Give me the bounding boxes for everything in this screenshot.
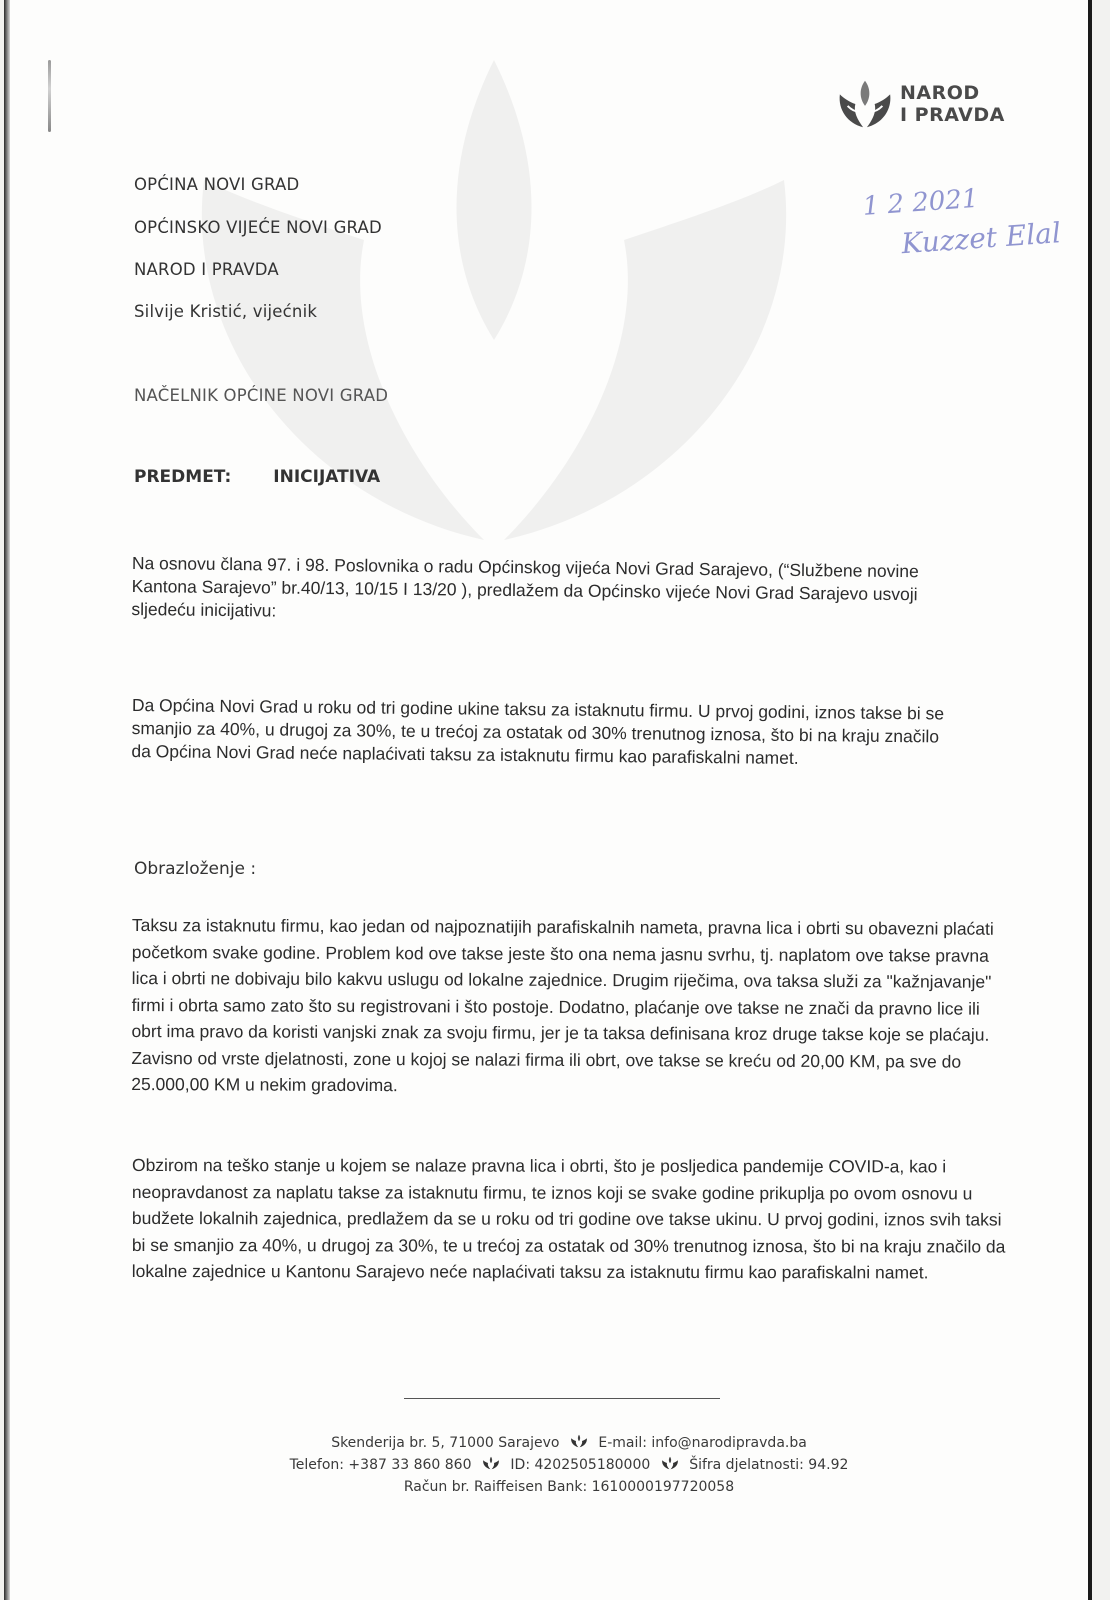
sender-line-council: OPĆINSKO VIJEĆE NOVI GRAD — [134, 218, 382, 237]
sender-line-party: NAROD I PRAVDA — [134, 260, 279, 279]
footer-divider — [404, 1398, 720, 1399]
letter-page: NAROD I PRAVDA 1 2 2021 Kuzzet Elal OPĆI… — [4, 0, 1092, 1600]
rationale-text-2: Obzirom na teško stanje u kojem se nalaz… — [132, 1152, 1012, 1286]
footer-id: ID: 4202505180000 — [510, 1457, 650, 1473]
lotus-hands-icon — [570, 1433, 588, 1447]
letterhead-footer: Skenderija br. 5, 71000 Sarajevo E-mail:… — [204, 1432, 934, 1498]
footer-activity-code: Šifra djelatnosti: 94.92 — [689, 1457, 848, 1473]
party-logo: NAROD I PRAVDA — [836, 76, 1005, 132]
subject-line: PREDMET:INICIJATIVA — [134, 467, 380, 487]
rationale-heading: Obrazloženje : — [134, 859, 256, 879]
handwritten-annotation: 1 2 2021 Kuzzet Elal — [861, 173, 1062, 266]
logo-text: NAROD I PRAVDA — [900, 82, 1005, 126]
footer-line-1: Skenderija br. 5, 71000 Sarajevo E-mail:… — [204, 1432, 934, 1454]
intro-paragraph: Na osnovu člana 97. i 98. Poslovnika o r… — [131, 552, 962, 630]
staple-mark — [48, 60, 51, 132]
lotus-hands-icon — [661, 1455, 679, 1469]
footer-line-3: Račun br. Raiffeisen Bank: 1610000197720… — [204, 1476, 934, 1498]
rationale-paragraph-2: Obzirom na teško stanje u kojem se nalaz… — [132, 1152, 1012, 1286]
rationale-text-1: Taksu za istaknutu firmu, kao jedan od n… — [131, 912, 1012, 1101]
sender-line-municipality: OPĆINA NOVI GRAD — [134, 175, 299, 194]
footer-email: E-mail: info@narodipravda.ba — [598, 1435, 806, 1451]
initiative-paragraph: Da Općina Novi Grad u roku od tri godine… — [131, 694, 962, 772]
subject-label: PREDMET: — [134, 467, 231, 487]
logo-line-1: NAROD — [900, 82, 1005, 104]
footer-bank-account: Račun br. Raiffeisen Bank: 1610000197720… — [404, 1479, 734, 1495]
initiative-text: Da Općina Novi Grad u roku od tri godine… — [131, 694, 962, 772]
footer-line-2: Telefon: +387 33 860 860 ID: 42025051800… — [204, 1454, 934, 1476]
rationale-paragraph-1: Taksu za istaknutu firmu, kao jedan od n… — [131, 912, 1012, 1101]
footer-address: Skenderija br. 5, 71000 Sarajevo — [331, 1435, 559, 1451]
intro-text: Na osnovu člana 97. i 98. Poslovnika o r… — [131, 552, 962, 630]
sender-line-councillor: Silvije Kristić, vijećnik — [134, 302, 317, 321]
lotus-hands-icon — [836, 76, 894, 132]
scan-edge — [4, 0, 10, 1600]
addressee: NAČELNIK OPĆINE NOVI GRAD — [134, 386, 388, 405]
logo-line-2: I PRAVDA — [900, 104, 1005, 126]
subject-value: INICIJATIVA — [273, 467, 380, 487]
footer-phone: Telefon: +387 33 860 860 — [290, 1457, 472, 1473]
lotus-hands-icon — [482, 1455, 500, 1469]
